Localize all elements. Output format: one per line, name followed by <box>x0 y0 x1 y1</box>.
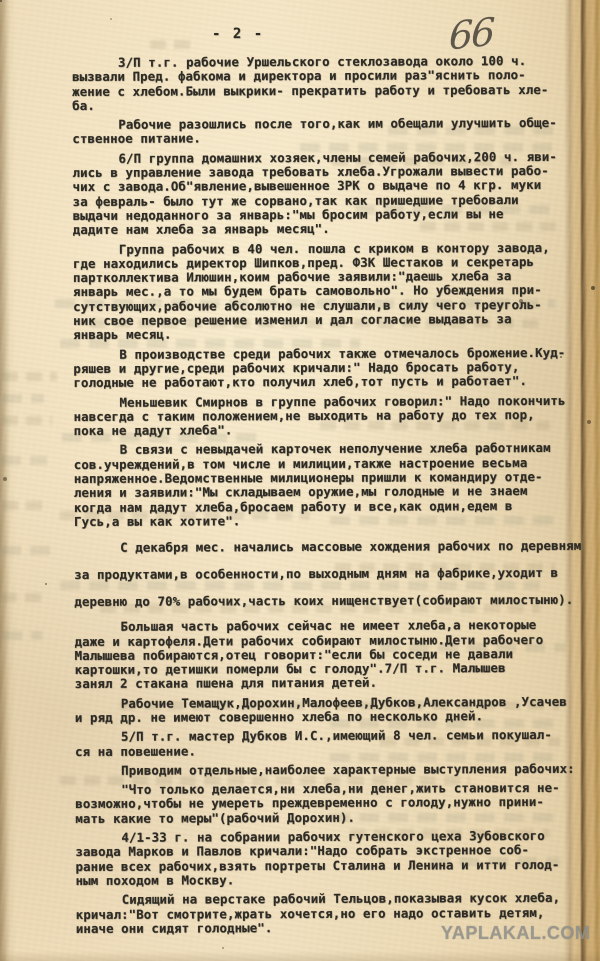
paragraph: В производстве среди рабочих также отмеч… <box>73 345 578 390</box>
typed-text-block: 3/П т.г. рабочие Уршельского стеклозавод… <box>72 54 581 941</box>
handwritten-folio-number: 66 <box>448 9 494 58</box>
typed-line: ственное питание. <box>72 130 577 147</box>
paragraph: Большая часть рабочих сейчас не имеет хл… <box>74 618 579 692</box>
typed-line: за продуктами,в особенности,по выходным … <box>74 559 579 588</box>
typed-line: жение с хлебом.Были выкрики- прекратить … <box>72 82 577 99</box>
typed-line: 5/П т.г. мастер Дубков И.С.,имеющий 8 че… <box>75 728 580 745</box>
typed-line: январь месяц. <box>73 326 578 343</box>
typed-line: деревню до 70% рабочих,часть коих нищенс… <box>74 586 579 615</box>
typed-line: дадите нам хлеба за январь месяц". <box>73 221 578 238</box>
paragraph: С декабря мес. начались массовые хождени… <box>74 532 579 615</box>
typed-line: рание всех рабочих,взять портреты Сталин… <box>76 857 581 874</box>
page-left-edge <box>0 0 10 961</box>
paragraph: Меньшевик Смирнов в группе рабочих говор… <box>73 393 578 438</box>
paragraph: 5/П т.г. мастер Дубков И.С.,имеющий 8 че… <box>75 728 580 759</box>
bottom-shadow <box>0 951 600 961</box>
typed-line: ным походом в Москву. <box>76 872 581 889</box>
typed-line: кричал:"Вот смотрите,жрать хочется,но ег… <box>76 905 581 922</box>
paragraph: 6/П группа домашних хозяек,члены семей р… <box>72 150 577 238</box>
typed-line: Гусь,а вы как хотите". <box>74 513 579 530</box>
typed-line: голодные не работают,кто получил хлеб,то… <box>73 374 578 391</box>
typed-line: пока не дадут хлеба". <box>74 422 579 439</box>
paragraph: "Что только делается,ни хлеба,ни денег,ж… <box>75 781 580 826</box>
typed-line: когда нам дадут хлеба,бросаем работу и в… <box>74 498 579 515</box>
typed-line: навсегда с таким положением,не выходить … <box>74 408 579 425</box>
typed-line: Рабочие разошлись после того,как им обещ… <box>72 116 577 133</box>
typed-line: ник свое первое решение изменил и дал со… <box>73 312 578 329</box>
typed-line: и ряд др. не имеют совершенно хлеба по н… <box>75 709 580 726</box>
typed-line: занял 2 стакана пшена для питания детей. <box>75 675 580 692</box>
typed-line: С декабря мес. начались массовые хождени… <box>74 532 579 561</box>
paragraph: 4/1-33 г. на собрании рабочих гутенского… <box>75 829 580 888</box>
paragraph: Рабочие Темащук,Дорохин,Малофеев,Дубков,… <box>75 694 580 725</box>
typed-line: ба. <box>72 97 577 114</box>
paragraph: 3/П т.г. рабочие Уршельского стеклозавод… <box>72 54 577 113</box>
page-number: - 2 - <box>212 26 264 42</box>
bleedthrough-smudge <box>150 40 192 49</box>
watermark: YAPLAKAL.COM <box>441 923 590 944</box>
paragraph: Группа рабочих в 40 чел. пошла с криком … <box>73 240 578 342</box>
bleedthrough-smudge <box>2 372 57 381</box>
typed-line: Приводим отдельные,наиболее характерные … <box>75 762 580 779</box>
typed-line: мать какие то меры"(рабочий Дорохин). <box>75 810 580 827</box>
scanned-document-page: - 2 - 66 3/П т.г. рабочие Уршельского ст… <box>0 0 600 961</box>
paragraph: Приводим отдельные,наиболее характерные … <box>75 762 580 779</box>
paragraph: В связи с невыдачей карточек неполучение… <box>74 441 579 529</box>
paragraph: Рабочие разошлись после того,как им обещ… <box>72 116 577 147</box>
paper-specks <box>0 0 2 2</box>
typed-line: ся на повешение. <box>75 742 580 759</box>
